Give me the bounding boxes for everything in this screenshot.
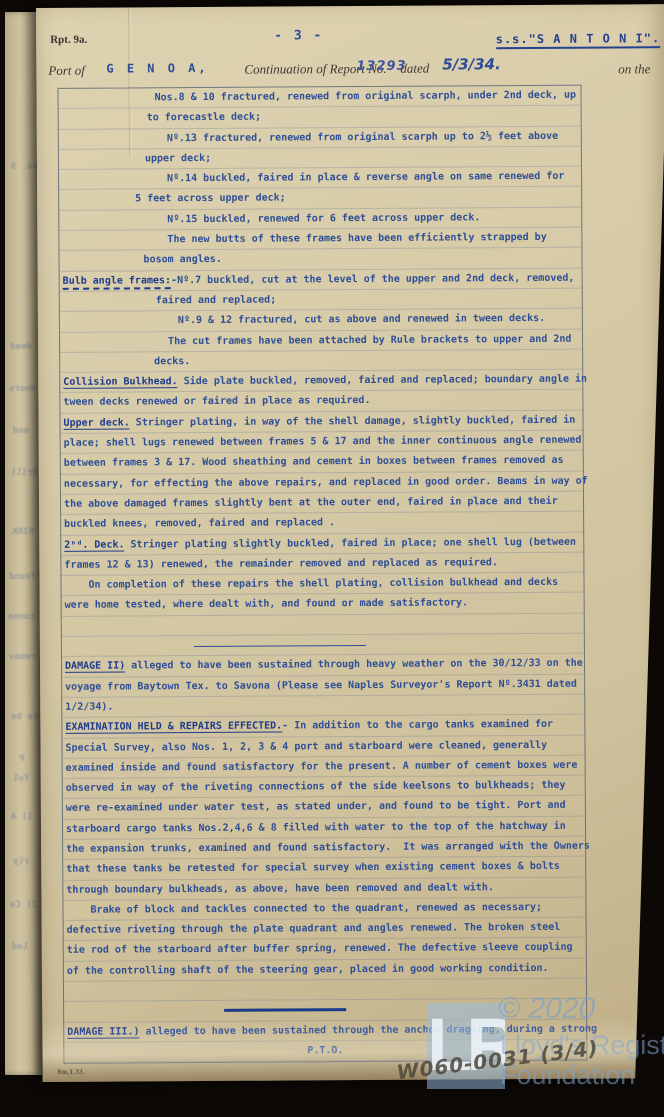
page-number: - 3 - (274, 28, 323, 43)
report-date: 5/3/34. (442, 55, 501, 73)
line-text: -Nº.7 buckled, cut at the level of the u… (171, 272, 574, 285)
line-text: alleged to have been sustained through h… (125, 658, 583, 672)
bleedthrough-text-fragment: no. 9 (11, 162, 38, 172)
bleedthrough-text-fragment: to be (11, 712, 38, 722)
line-text: Stringer plating slightly buckled, faire… (124, 536, 576, 550)
line-heading: Collision Bulkhead. (63, 376, 177, 389)
line-text: the expansion trunks, examined and found… (66, 841, 590, 855)
line-text: Nº.13 fractured, renewed from original s… (167, 130, 558, 143)
bleedthrough-text-fragment: doors (9, 384, 36, 394)
line-text: Side plate buckled, removed, faired and … (178, 374, 587, 388)
section-divider (224, 1008, 346, 1012)
report-sheet: Rpt. 9a. - 3 - s.s."S A N T O N I". Port… (36, 4, 664, 1082)
line-text: faired and replaced; (156, 295, 276, 307)
bleedthrough-text-fragment: conne (8, 612, 35, 622)
bleedthrough-text-fragment: found (9, 572, 36, 582)
line-text: observed in way of the riveting connecti… (66, 780, 566, 794)
line-heading: Bulb angle frames: (63, 275, 171, 290)
line-text: Nos.8 & 10 fractured, renewed from origi… (155, 90, 576, 104)
line-text: examined inside and found satisfactory f… (66, 760, 578, 774)
bleedthrough-text-fragment: KIRK (12, 527, 34, 537)
bleedthrough-text-fragment: lad (12, 942, 28, 952)
line-text: The cut frames have been attached by Rul… (168, 333, 571, 346)
line-text: - In addition to the cargo tanks examine… (282, 719, 553, 732)
bleedthrough-text-fragment: drill (11, 468, 38, 478)
scanned-report-photo: no. 9deeddoorsanddrillKIRKfoundconneremo… (0, 0, 664, 1117)
line-heading: 2ⁿᵈ. Deck. (64, 539, 124, 551)
line-text: of the controlling shaft of the steering… (67, 963, 549, 977)
line-text: Nº.15 buckled, renewed for 6 feet across… (167, 212, 480, 225)
line-text: defective riveting through the plate qua… (67, 922, 561, 936)
report-body: Nos.8 & 10 fractured, renewed from origi… (57, 85, 587, 1064)
bleedthrough-text-fragment: 2) Ca (10, 900, 37, 910)
line-text: Stringer plating, in way of the shell da… (130, 414, 576, 428)
ship-name: s.s."S A N T O N I". (496, 31, 661, 49)
line-text: voyage from Baytown Tex. to Savona (Plea… (65, 678, 577, 692)
line-text: On completion of these repairs the shell… (88, 577, 558, 591)
line-text: between frames 3 & 17. Wood sheathing an… (64, 455, 564, 469)
bleedthrough-text-fragment: fol (13, 774, 29, 784)
line-text: place; shell lugs renewed between frames… (64, 435, 582, 449)
line-text: 5 feet across upper deck; (135, 193, 286, 205)
line-text: tie rod of the starboard after buffer sp… (67, 942, 573, 956)
line-text: 1/2/34). (65, 701, 113, 712)
line-text: that these tanks be retested for special… (66, 861, 560, 875)
line-text: frames 12 & 13) renewed, the remainder r… (64, 557, 498, 571)
bleedthrough-text-fragment: P (19, 754, 24, 764)
line-text: tween decks renewed or faired in place a… (63, 395, 370, 408)
line-text: to forecastle deck; (147, 112, 261, 124)
port-of-label: Port of (48, 63, 85, 79)
line-text: were home tested, where dealt with, and … (65, 598, 468, 611)
line-text: Brake of block and tackles connected to … (90, 902, 542, 916)
line-heading: Upper deck. (64, 417, 130, 429)
bleedthrough-text-fragment: remov (9, 652, 36, 662)
bleedthrough-text-fragment: rly (13, 857, 29, 867)
line-text: starboard cargo tanks Nos.2,4,6 & 8 fill… (66, 820, 566, 834)
form-number-label: Rpt. 9a. (50, 34, 87, 46)
line-text: decks. (154, 356, 190, 367)
line-text: necessary, for effecting the above repai… (64, 475, 588, 489)
line-text: Special Survey, also Nos. 1, 2, 3 & 4 po… (65, 739, 547, 753)
on-the-label: on the (618, 61, 650, 77)
bleedthrough-text-fragment: deed (10, 342, 32, 352)
line-text: upper deck; (145, 153, 211, 164)
line-heading: EXAMINATION HELD & REPAIRS EFFECTED. (65, 721, 282, 734)
port-value: G E N O A, (106, 61, 208, 76)
section-divider (194, 645, 366, 647)
line-text: Nº.14 buckled, faired in place & reverse… (167, 171, 564, 184)
line-text: bosom angles. (144, 254, 222, 265)
bleedthrough-text-fragment: 1) A (11, 812, 33, 822)
line-text: The new butts of these frames have been … (167, 232, 546, 245)
bleedthrough-text-fragment: and (13, 426, 29, 436)
line-text: buckled knees, removed, faired and repla… (64, 517, 335, 530)
report-number: 13293 (356, 59, 406, 74)
line-text: Nº.9 & 12 fractured, cut as above and re… (178, 313, 545, 326)
line-text: the above damaged frames slightly bent a… (64, 496, 558, 510)
line-text: through boundary bulkheads, as above, ha… (66, 882, 494, 896)
dated-label: dated (400, 61, 429, 77)
line-heading: DAMAGE II) (65, 661, 125, 673)
line-text: were re-examined under water test, as st… (66, 800, 566, 814)
